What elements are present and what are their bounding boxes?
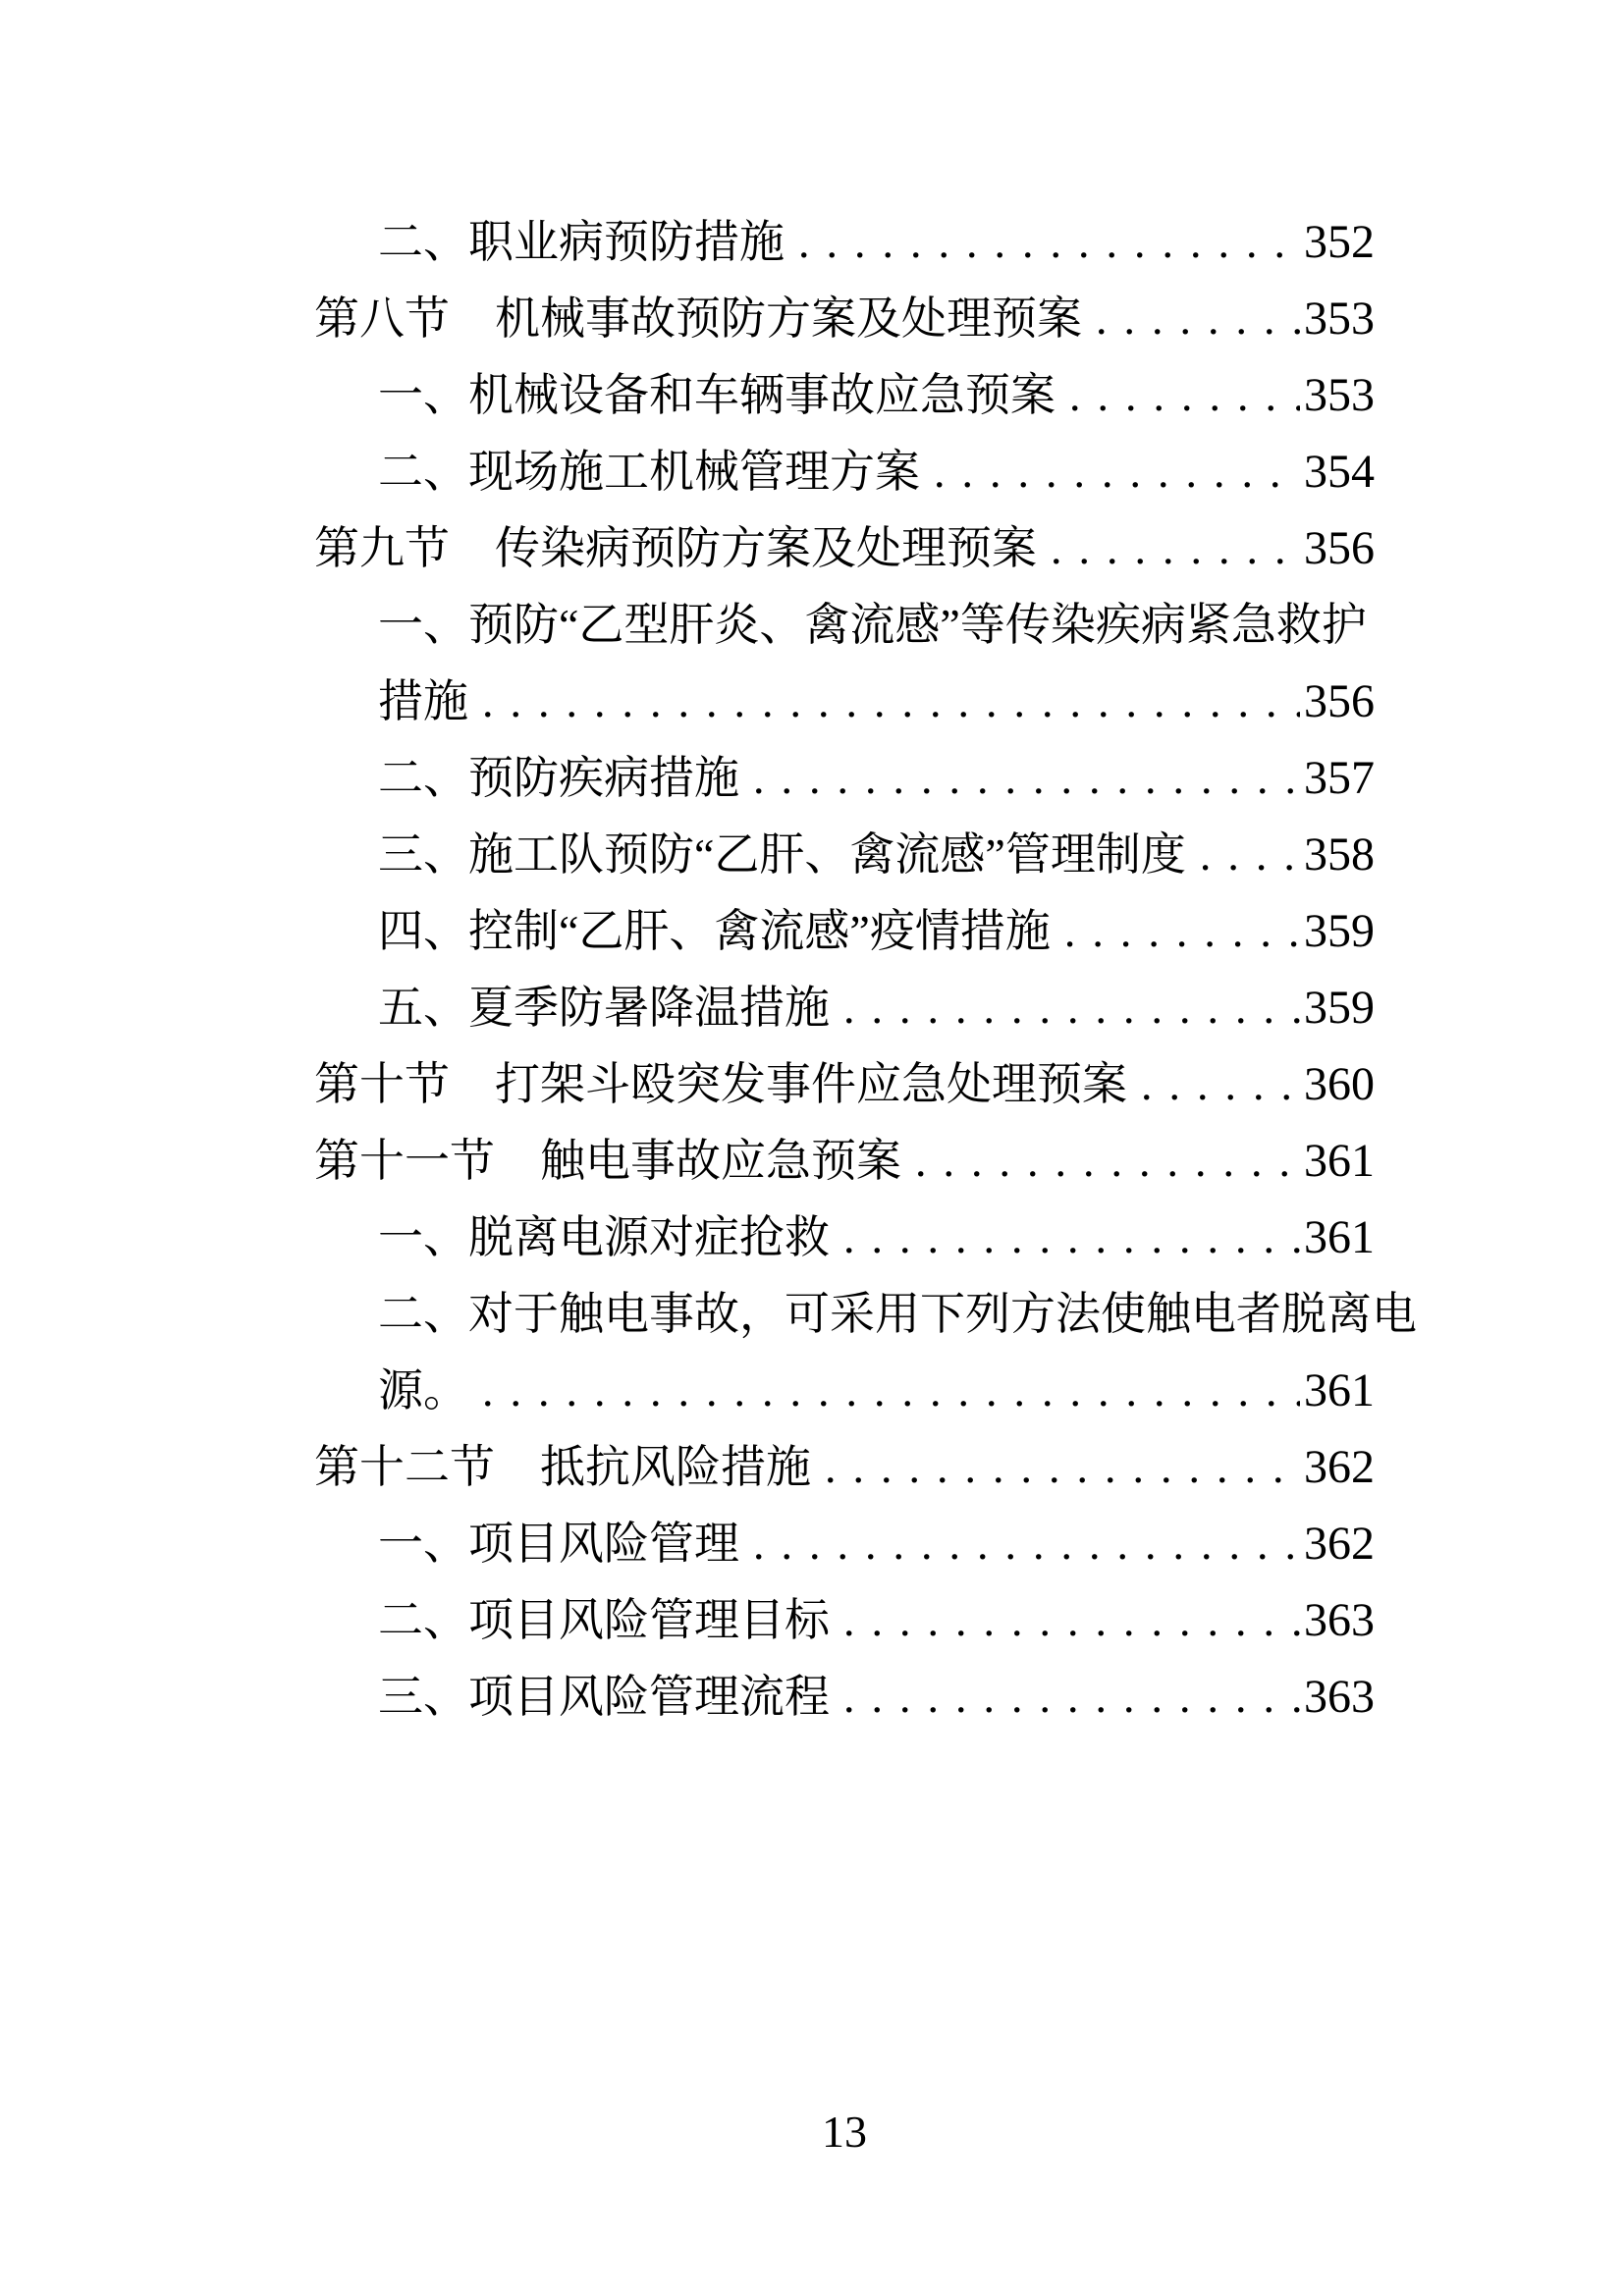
toc-entry-label: 二、现场施工机械管理方案 (378, 434, 920, 510)
page-number: 13 (822, 2107, 867, 2157)
toc-entry-label: 措施 (378, 664, 468, 740)
toc-entry: 第九节 传染病预防方案及处理预案 .......................… (314, 510, 1375, 587)
toc-entry: 一、机械设备和车辆事故应急预案 ........................… (314, 357, 1375, 434)
table-of-contents: 二、职业病预防措施 ..............................… (314, 204, 1375, 1735)
toc-entry-label: 二、项目风险管理目标 (378, 1582, 830, 1659)
toc-entry-page: 354 (1300, 434, 1375, 510)
toc-entry-label: 二、职业病预防措施 (378, 204, 785, 281)
toc-entry-page: 361 (1300, 1123, 1375, 1200)
toc-entry-label: 四、控制“乙肝、禽流感”疫情措施 (378, 893, 1051, 970)
leader-dots: ........................................… (1051, 893, 1300, 970)
leader-dots: ........................................… (1056, 357, 1300, 434)
leader-dots: ........................................… (830, 1659, 1300, 1735)
toc-entry-label: 第十一节 触电事故应急预案 (314, 1123, 901, 1200)
toc-entry-page: 360 (1300, 1046, 1375, 1123)
toc-entry: 第十节 打架斗殴突发事件应急处理预案 .....................… (314, 1046, 1375, 1123)
toc-entry: 三、项目风险管理流程 .............................… (314, 1659, 1375, 1735)
toc-entry-page: 353 (1300, 281, 1375, 357)
toc-entry-page: 358 (1300, 817, 1375, 893)
leader-dots: ........................................… (901, 1123, 1300, 1200)
toc-entry-page: 362 (1300, 1506, 1375, 1582)
toc-entry-page: 363 (1300, 1582, 1375, 1659)
toc-entry: 二、项目风险管理目标 .............................… (314, 1582, 1375, 1659)
toc-entry-label: 三、项目风险管理流程 (378, 1659, 830, 1735)
toc-entry: 二、对于触电事故，可采用下列方法使触电者脱离电 (314, 1276, 1375, 1353)
toc-entry: 四、控制“乙肝、禽流感”疫情措施 .......................… (314, 893, 1375, 970)
toc-entry-page: 362 (1300, 1429, 1375, 1506)
toc-entry-page: 357 (1300, 740, 1375, 817)
toc-entry-label: 第九节 传染病预防方案及处理预案 (314, 510, 1037, 587)
leader-dots: ........................................… (830, 1582, 1300, 1659)
toc-entry: 三、施工队预防“乙肝、禽流感”管理制度 ....................… (314, 817, 1375, 893)
toc-entry: 二、现场施工机械管理方案 ...........................… (314, 434, 1375, 510)
toc-entry-page: 361 (1300, 1353, 1375, 1429)
toc-entry-page: 363 (1300, 1659, 1375, 1735)
leader-dots: ........................................… (1037, 510, 1300, 587)
toc-entry-label: 一、项目风险管理 (378, 1506, 739, 1582)
toc-entry-label: 五、夏季防暑降温措施 (378, 970, 830, 1046)
toc-entry-page: 356 (1300, 510, 1375, 587)
toc-entry-label: 二、预防疾病措施 (378, 740, 739, 817)
leader-dots: ........................................… (468, 664, 1300, 740)
leader-dots: ........................................… (739, 740, 1300, 817)
leader-dots: ........................................… (830, 1200, 1300, 1276)
toc-entry-page: 353 (1300, 357, 1375, 434)
toc-entry: 第十一节 触电事故应急预案 ..........................… (314, 1123, 1375, 1200)
toc-entry-label: 第十节 打架斗殴突发事件应急处理预案 (314, 1046, 1127, 1123)
toc-entry-label: 二、对于触电事故，可采用下列方法使触电者脱离电 (378, 1276, 1417, 1353)
toc-entry-page: 361 (1300, 1200, 1375, 1276)
leader-dots: ........................................… (468, 1353, 1300, 1429)
toc-entry: 第十二节 抵抗风险措施 ............................… (314, 1429, 1375, 1506)
leader-dots: ........................................… (1186, 817, 1300, 893)
toc-entry-label: 三、施工队预防“乙肝、禽流感”管理制度 (378, 817, 1186, 893)
document-page: 二、职业病预防措施 ..............................… (0, 0, 1624, 2296)
toc-entry: 五、夏季防暑降温措施 .............................… (314, 970, 1375, 1046)
leader-dots: ........................................… (811, 1429, 1300, 1506)
leader-dots: ........................................… (785, 204, 1300, 281)
toc-entry: 源。 .....................................… (314, 1353, 1375, 1429)
toc-entry-page: 359 (1300, 970, 1375, 1046)
leader-dots: ........................................… (830, 970, 1300, 1046)
toc-entry: 一、项目风险管理 ...............................… (314, 1506, 1375, 1582)
toc-entry-label: 源。 (378, 1353, 468, 1429)
toc-entry-page: 352 (1300, 204, 1375, 281)
toc-entry: 措施 .....................................… (314, 664, 1375, 740)
toc-entry: 二、职业病预防措施 ..............................… (314, 204, 1375, 281)
toc-entry-page: 359 (1300, 893, 1375, 970)
leader-dots: ........................................… (1127, 1046, 1300, 1123)
toc-entry-label: 一、机械设备和车辆事故应急预案 (378, 357, 1056, 434)
leader-dots: ........................................… (920, 434, 1300, 510)
toc-entry: 第八节 机械事故预防方案及处理预案 ......................… (314, 281, 1375, 357)
page-footer: 13 (314, 2107, 1375, 2158)
toc-entry-page: 356 (1300, 664, 1375, 740)
toc-entry: 二、预防疾病措施 ...............................… (314, 740, 1375, 817)
toc-entry-label: 一、脱离电源对症抢救 (378, 1200, 830, 1276)
toc-entry-label: 一、预防“乙型肝炎、禽流感”等传染疾病紧急救护 (378, 587, 1367, 664)
toc-entry: 一、脱离电源对症抢救 .............................… (314, 1200, 1375, 1276)
toc-entry: 一、预防“乙型肝炎、禽流感”等传染疾病紧急救护 (314, 587, 1375, 664)
toc-entry-label: 第八节 机械事故预防方案及处理预案 (314, 281, 1082, 357)
leader-dots: ........................................… (1082, 281, 1300, 357)
toc-entry-label: 第十二节 抵抗风险措施 (314, 1429, 811, 1506)
leader-dots: ........................................… (739, 1506, 1300, 1582)
